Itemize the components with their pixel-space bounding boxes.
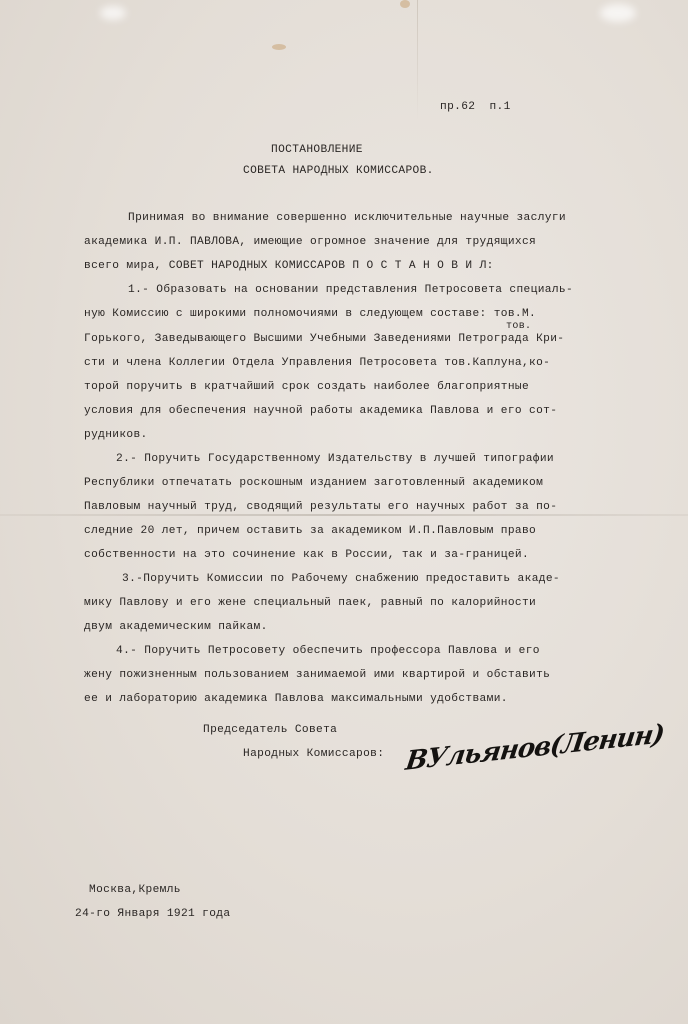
paper-stain	[272, 44, 286, 50]
preamble-line: академика И.П. ПАВЛОВА, имеющие огромное…	[84, 235, 536, 249]
item-2-line: Республики отпечатать роскошным изданием…	[84, 476, 543, 490]
item-3-line: двум академическим пайкам.	[84, 620, 268, 634]
item-4-line: ее и лабораторию академика Павлова макси…	[84, 692, 508, 706]
light-glare	[600, 4, 636, 22]
date-of-signing: 24-го Января 1921 года	[75, 907, 230, 921]
title-line-1: ПОСТАНОВЛЕНИЕ	[271, 143, 363, 157]
paper-stain	[400, 0, 410, 8]
item-2-line: 2.- Поручить Государственному Издательст…	[116, 452, 554, 466]
item-1-line: сти и члена Коллегии Отдела Управления П…	[84, 356, 550, 370]
item-4-line: жену пожизненным пользованием занимаемой…	[84, 668, 550, 682]
light-glare	[100, 6, 126, 20]
item-2-line: собственности на это сочинение как в Рос…	[84, 548, 529, 562]
signatory-title-line-2: Народных Комиссаров:	[243, 747, 384, 761]
reference-number: пр.62 п.1	[440, 100, 511, 114]
signatory-title-line-1: Председатель Совета	[203, 723, 337, 737]
item-2-line: следние 20 лет, причем оставить за акаде…	[84, 524, 536, 538]
paper-fold-vertical	[417, 0, 418, 120]
handwritten-signature: ВУльянов(Ленин)	[404, 719, 666, 777]
document-page: пр.62 п.1 ПОСТАНОВЛЕНИЕ СОВЕТА НАРОДНЫХ …	[0, 0, 688, 1024]
item-3-line: 3.-Поручить Комиссии по Рабочему снабжен…	[122, 572, 560, 586]
item-1-line: 1.- Образовать на основании представлени…	[128, 283, 573, 297]
item-1-line: торой поручить в кратчайший срок создать…	[84, 380, 529, 394]
place-of-signing: Москва,Кремль	[89, 883, 181, 897]
item-1-line: Горького, Заведывающего Высшими Учебными…	[84, 332, 564, 346]
item-1-line: ную Комиссию с широкими полномочиями в с…	[84, 307, 536, 321]
preamble-line: всего мира, СОВЕТ НАРОДНЫХ КОМИССАРОВ П …	[84, 259, 494, 273]
title-line-2: СОВЕТА НАРОДНЫХ КОМИССАРОВ.	[243, 164, 434, 178]
item-3-line: мику Павлову и его жене специальный паек…	[84, 596, 536, 610]
item-2-line: Павловым научный труд, сводящий результа…	[84, 500, 557, 514]
paper-fold-horizontal	[0, 514, 688, 516]
item-1-line: рудников.	[84, 428, 148, 442]
item-4-line: 4.- Поручить Петросовету обеспечить проф…	[116, 644, 540, 658]
preamble-line: Принимая во внимание совершенно исключит…	[128, 211, 566, 225]
item-1-line: условия для обеспечения научной работы а…	[84, 404, 557, 418]
